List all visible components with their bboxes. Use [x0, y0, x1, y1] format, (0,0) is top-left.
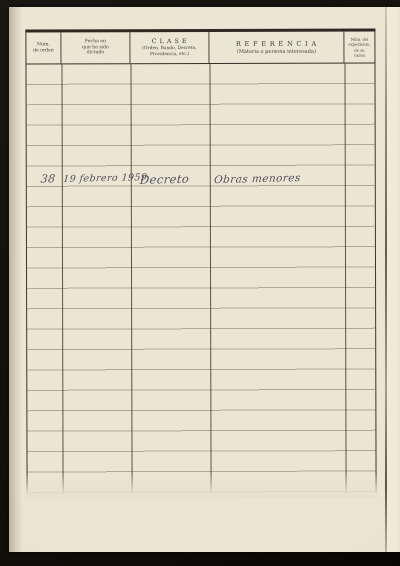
column-header-num-orden: Núm. de orden	[26, 32, 61, 63]
header-line: dictado	[87, 51, 104, 57]
ledger-table: Núm. de orden Fecha en que ha sido dicta…	[25, 29, 376, 499]
table-body: 38 19 febrero 1959 Decreto Obras menores	[26, 64, 375, 499]
handwritten-entry-num-orden: 38	[32, 172, 64, 193]
header-line: R E F E R E N C I A	[236, 40, 317, 49]
column-header-clase: C L A S E (Orden, Bando, Decreto, Provid…	[130, 32, 209, 63]
page-edge-crease	[385, 7, 387, 552]
table-bottom-fade	[26, 473, 378, 500]
column-header-expediente: Núm. del expediente, de su razón	[344, 32, 374, 63]
column-header-fecha: Fecha en que ha sido dictado	[61, 32, 130, 63]
header-line: (Materia o persona interesada)	[237, 48, 316, 55]
column-divider	[130, 64, 132, 498]
handwritten-entry-fecha: 19 febrero 1959	[62, 173, 128, 195]
ledger-page: Núm. de orden Fecha en que ha sido dicta…	[9, 7, 400, 552]
column-divider	[61, 64, 63, 498]
column-header-referencia: R E F E R E N C I A (Materia o persona i…	[209, 32, 344, 63]
book-page-edges	[386, 7, 400, 552]
header-line: C L A S E	[152, 38, 187, 46]
header-line: de orden	[33, 48, 54, 54]
column-divider	[344, 64, 346, 498]
handwritten-entry-clase: Decreto	[139, 171, 211, 193]
page-left-shadow	[9, 7, 23, 552]
column-divider	[209, 64, 211, 498]
header-line: razón	[354, 52, 365, 57]
scanned-ledger-photo: Núm. de orden Fecha en que ha sido dicta…	[0, 0, 400, 566]
handwritten-entry-referencia: Obras menores	[213, 171, 327, 194]
table-header-row: Núm. de orden Fecha en que ha sido dicta…	[26, 32, 374, 65]
header-line: Providencia, etc.)	[150, 52, 189, 58]
